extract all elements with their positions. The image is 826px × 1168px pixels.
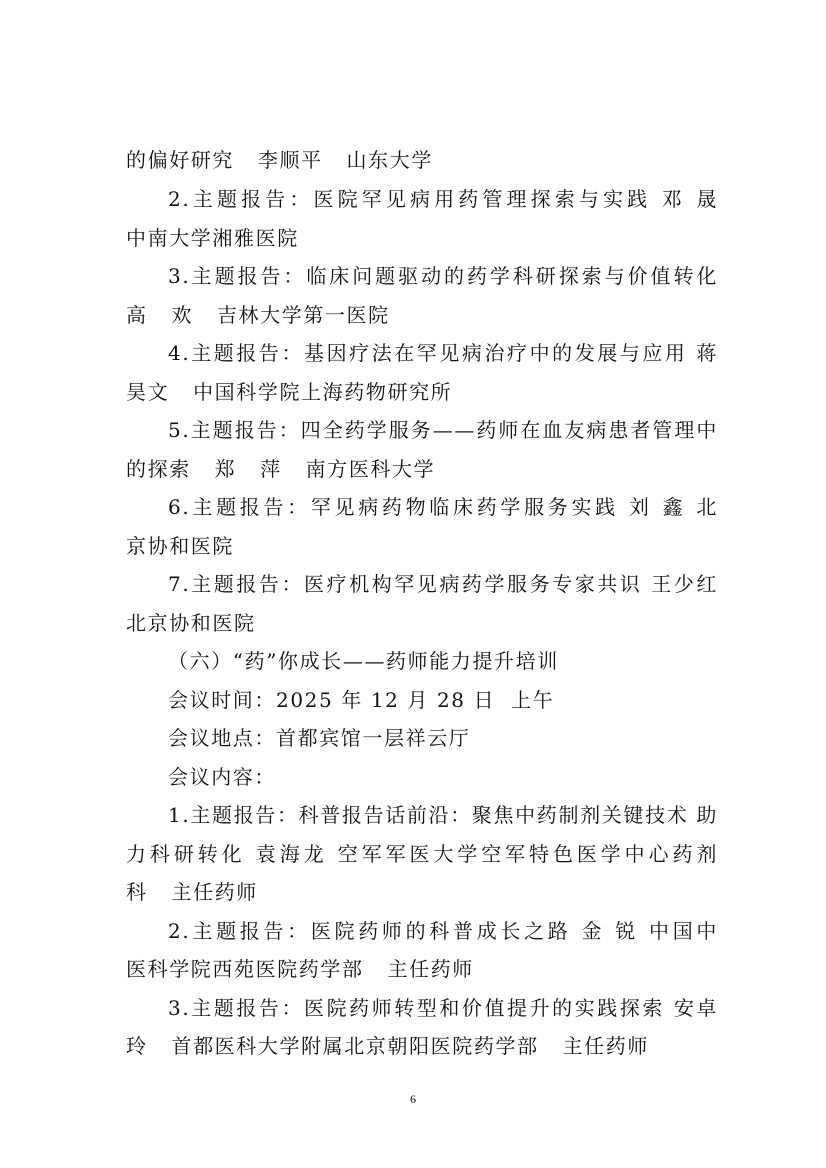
- text-line: 的探索 郑 萍 南方医科大学: [126, 456, 726, 482]
- text-line: 京协和医院: [126, 533, 726, 559]
- text-line: 高 欢 吉林大学第一医院: [126, 302, 726, 328]
- text-line: 玲 首都医科大学附属北京朝阳医院药学部 主任药师: [126, 1033, 726, 1059]
- text-line: 会议地点：首都宾馆一层祥云厅: [168, 725, 768, 751]
- text-line: 1.主题报告：科普报告话前沿：聚焦中药制剂关键技术 助: [168, 802, 718, 828]
- text-line: 的偏好研究 李顺平 山东大学: [126, 147, 726, 173]
- text-line: 力科研转化 袁海龙 空军军医大学空军特色医学中心药剂: [126, 841, 718, 867]
- document-page: 的偏好研究 李顺平 山东大学2.主题报告：医院罕见病用药管理探索与实践 邓 晟中…: [0, 0, 826, 1168]
- text-line: 6.主题报告：罕见病药物临床药学服务实践 刘 鑫 北: [168, 494, 718, 520]
- text-line: 2.主题报告：医院药师的科普成长之路 金 锐 中国中: [168, 918, 718, 944]
- text-line: 会议时间：2025 年 12 月 28 日 上午: [168, 687, 768, 713]
- text-line: 7.主题报告：医疗机构罕见病药学服务专家共识 王少红: [168, 571, 718, 597]
- text-line: 3.主题报告：医院药师转型和价值提升的实践探索 安卓: [168, 995, 718, 1021]
- text-line: 北京协和医院: [126, 610, 726, 636]
- text-line: 昊文 中国科学院上海药物研究所: [126, 379, 726, 405]
- text-line: 4.主题报告：基因疗法在罕见病治疗中的发展与应用 蒋: [168, 340, 718, 366]
- text-line: 医科学院西苑医院药学部 主任药师: [126, 956, 726, 982]
- text-line: 5.主题报告：四全药学服务——药师在血友病患者管理中: [168, 417, 718, 443]
- text-line: 2.主题报告：医院罕见病用药管理探索与实践 邓 晟: [168, 186, 718, 212]
- text-line: 中南大学湘雅医院: [126, 225, 726, 251]
- page-number: 6: [400, 1092, 426, 1107]
- text-line: 3.主题报告：临床问题驱动的药学科研探索与价值转化: [168, 263, 718, 289]
- text-line: 科 主任药师: [126, 879, 726, 905]
- text-line: （六）“药”你成长——药师能力提升培训: [168, 648, 768, 674]
- text-line: 会议内容：: [168, 764, 768, 790]
